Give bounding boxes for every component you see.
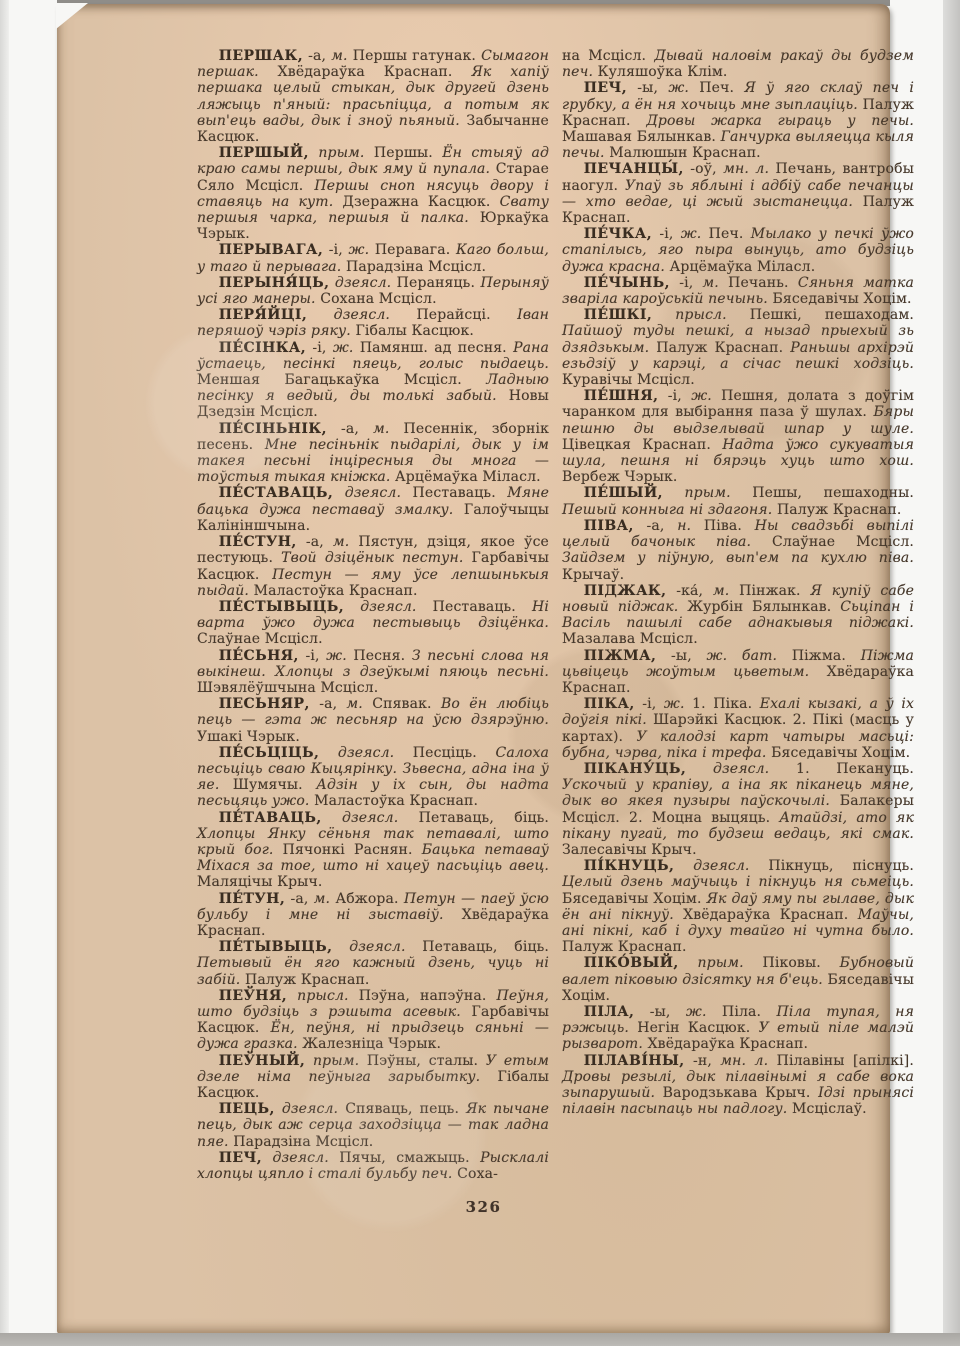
entry-definition-text: Маластоўка Краснап. [249, 583, 418, 599]
entry-example-text: дзеясл. [686, 761, 769, 777]
entry-definition-text: -а, [327, 421, 373, 437]
entry-definition-text: Залесавічы Крыч. [562, 842, 697, 858]
entry-definition-text: 1. Піка. [685, 696, 760, 712]
entry-definition-text: Шумячы. [219, 777, 316, 793]
dictionary-entry: ПЕЦЬ, дзеясл. Спяваць, пець. Як пычане п… [197, 1101, 549, 1150]
entry-example-text: дзеясл. [332, 939, 405, 955]
scan-left-margin [0, 0, 9, 1346]
entry-headword: ПЕЎНЫЙ, [219, 1053, 306, 1069]
entry-headword: ПЕ́ТАВАЦЬ, [219, 810, 322, 826]
entry-definition-text: Слаўнае Мсцісл. [197, 631, 323, 647]
entry-headword: ПЕ́СІНКА, [219, 340, 306, 356]
entry-definition-text: Перавага. [369, 242, 456, 258]
entry-definition-text: -ы, [634, 1004, 686, 1020]
entry-example-text: м. [373, 421, 389, 437]
entry-definition-text: Пешкі, пешаходам. [727, 307, 914, 323]
text-column-right: на Мсцісл. Дывай наловім ракаў ды будзем… [562, 48, 914, 1117]
entry-definition-text: Сохана Мсцісл. [316, 291, 437, 307]
entry-headword: ПІКО́ВЫЙ, [584, 955, 679, 971]
entry-definition-text: 1. Пекануць. [769, 761, 914, 777]
entry-headword: ПЕ́ШНЯ, [584, 388, 659, 404]
entry-definition-text: Пілавіны [апілкі]. [768, 1053, 914, 1069]
dictionary-entry: ПЕ́ЧЫНЬ, -і, м. Печань. Сяньня матка зва… [562, 275, 914, 307]
entry-definition-text: Петаваць, біць. [406, 939, 549, 955]
entry-example-text: ж. [349, 242, 370, 258]
entry-definition-text: Абжора. [330, 891, 404, 907]
entry-definition-text: Мсціслаў. [787, 1101, 866, 1117]
entry-definition-text: Слаўнае Мсцісл. [751, 534, 914, 550]
entry-definition-text: -ка́, [666, 583, 713, 599]
entry-headword: ПЕ́СЬЦІЦЬ, [219, 745, 320, 761]
entry-headword: ПІВА, [584, 518, 634, 534]
entry-example-text: прым. [305, 1053, 359, 1069]
entry-example-text: ж. [664, 696, 685, 712]
dictionary-entry: ПЕ́СЬЦІЦЬ, дзеясл. Песціць. Салоха песьц… [197, 745, 549, 810]
text-column-left: ПЕРШАК, -а, м. Першы гатунак. Сымагон пе… [197, 48, 549, 1182]
entry-definition-text: Журбін Бялынкав. [678, 599, 840, 615]
entry-definition-text: Бяседавічы Хоцім. [767, 745, 911, 761]
entry-definition-text: Печ. [689, 80, 744, 96]
entry-example-text: прысл. [652, 307, 727, 323]
entry-example-text: дзеясл. [262, 1150, 329, 1166]
entry-example-text: дзеясл. [275, 1101, 338, 1117]
dictionary-entry: ПІЛА, -ы, ж. Піла. Піла тупая, ня рэжыць… [562, 1004, 914, 1053]
entry-definition-text: -і, [306, 340, 333, 356]
entry-example-text: дзеясл. [674, 858, 749, 874]
entry-definition-text: -і, [323, 242, 348, 258]
entry-definition-text: Парадзіна Мсцісл. [229, 1134, 374, 1150]
entry-headword: ПІ́КНУЦЬ, [584, 858, 675, 874]
entry-definition-text: Перайсці. [390, 307, 517, 323]
entry-headword: ПІКАНУ́ЦЬ, [584, 761, 687, 777]
entry-example-text: Твой дзіцёнык пестун. [281, 550, 463, 566]
scan-bottom-edge [0, 1333, 960, 1346]
dictionary-entry: ПЕ́СІНЬНІК, -а, м. Песеннік, зборнік пес… [197, 421, 549, 486]
entry-headword: ПЕ́СІНЬНІК, [219, 421, 327, 437]
entry-definition-text: Ушакі Чэрык. [197, 729, 300, 745]
entry-headword: ПЕРШЫЙ, [219, 145, 309, 161]
dictionary-entry: ПЕ́СІНКА, -і, ж. Памянш. ад песня. Рана … [197, 340, 549, 421]
entry-example-text: м. [331, 48, 347, 64]
entry-definition-text: Арцёмаўка Міласл. [390, 469, 540, 485]
entry-example-text: ж. [681, 226, 702, 242]
dictionary-entry: ПЕЧ, дзеясл. Пячы, смажыць. Рысклалі хло… [197, 1150, 549, 1182]
entry-definition-text: Піва. [691, 518, 755, 534]
dictionary-entry: ПЕЧ, -ы, ж. Печ. Я ў яго склаў печ і гру… [562, 80, 914, 161]
entry-headword: ПЕ́СТАВАЦЬ, [219, 485, 334, 501]
entry-example-text: м. [314, 891, 330, 907]
entry-definition-text: Вародзькава Крыч. [655, 1085, 818, 1101]
entry-example-text: мн. л. [723, 161, 769, 177]
page-number: 326 [125, 1198, 842, 1216]
entry-definition-text: Палуж Краснап. [240, 972, 369, 988]
dictionary-entry: ПЕРШЫЙ, прым. Першы. Ён стыяў ад краю са… [197, 145, 549, 242]
dictionary-entry: ПЕ́СТУН, -а, м. Пястун, дзіця, якое ўсе … [197, 534, 549, 599]
dictionary-entry: ПЕ́СТЫВЫЦЬ, дзеясл. Пеставаць. Ні варта … [197, 599, 549, 648]
entry-headword: ПЕСЬНЯР, [219, 696, 310, 712]
entry-headword: ПІЖМА, [584, 648, 657, 664]
entry-example-text: м. [347, 696, 363, 712]
entry-headword: ПЕЦЬ, [219, 1101, 275, 1117]
entry-definition-text: Куравічы Мсцісл. [562, 372, 695, 388]
entry-definition-text: -ы, [656, 648, 706, 664]
entry-headword: ПЕ́ШКІ, [584, 307, 653, 323]
dictionary-entry: ПЕЎНЫЙ, прым. Пэўны, сталы. У етым дзеле… [197, 1053, 549, 1102]
entry-definition-text: Гібалы Касцюк. [351, 323, 474, 339]
entry-definition-text: Песня. [347, 648, 412, 664]
entry-definition-text: Мазалава Мсцісл. [562, 631, 698, 647]
entry-example-text: Зайдзем у піўную, вып'ем па кухлю піва. [562, 550, 914, 566]
entry-headword: ПІДЖАК, [584, 583, 667, 599]
entry-headword: ПЕ́СЬНЯ, [219, 648, 299, 664]
entry-definition-text: -ы, [627, 80, 668, 96]
dictionary-entry: ПІ́КНУЦЬ, дзеясл. Пікнуць, піснуць. Целы… [562, 858, 914, 955]
entry-example-text: н. [677, 518, 691, 534]
entry-definition-text: Маластоўка Краснап. [310, 793, 479, 809]
dictionary-entry: ПЕ́ТУН, -а, м. Абжора. Петун — паеў ўсю … [197, 891, 549, 940]
entry-example-text: м. [713, 583, 729, 599]
dictionary-entry: ПЕ́СЬНЯ, -і, ж. Песня. З песьні слова ня… [197, 648, 549, 697]
entry-definition-text: -оў, [684, 161, 723, 177]
dictionary-entry: ПЕРЯ́ЙЦІ, дзеясл. Перайсці. Іван перяшоў… [197, 307, 549, 339]
entry-definition-text: Пінжак. [729, 583, 810, 599]
dictionary-entry: ПЕ́ШКІ, прысл. Пешкі, пешаходам. Пайшоў … [562, 307, 914, 388]
entry-definition-text: Малюшын Краснап. [605, 145, 761, 161]
entry-continuation: на Мсцісл. Дывай наловім ракаў ды будзем… [562, 48, 914, 80]
entry-headword: ПЕ́ЧЫНЬ, [584, 275, 670, 291]
entry-example-text: дзеясл. [333, 485, 401, 501]
entry-headword: ПЕРЫВАГА, [219, 242, 323, 258]
entry-definition-text: -а, [297, 534, 333, 550]
entry-definition-text: Пэўна, напэўна. [349, 988, 497, 1004]
dictionary-entry: ПЕРШАК, -а, м. Першы гатунак. Сымагон пе… [197, 48, 549, 145]
scan-right-margin [943, 0, 960, 1346]
dictionary-entry: ПЕ́ТЫВЫЦЬ, дзеясл. Петаваць, біць. Петыв… [197, 939, 549, 988]
entry-example-text: ж. [326, 648, 347, 664]
entry-definition-text: Шэвялёўшчына Мсцісл. [197, 680, 378, 696]
dictionary-entry: ПІКО́ВЫЙ, прым. Піковы. Бубновый валет п… [562, 955, 914, 1004]
entry-definition-text: Палуж Краснап. [562, 939, 687, 955]
entry-definition-text: Бяседавічы Хоцім. [768, 291, 912, 307]
entry-definition-text: Петаваць, біць. [398, 810, 549, 826]
dictionary-entry: ПІКАНУ́ЦЬ, дзеясл. 1. Пекануць. Ускочый … [562, 761, 914, 858]
entry-definition-text: Палуж Краснап. [772, 502, 901, 518]
entry-definition-text: Пячы, смажыць. [329, 1150, 480, 1166]
entry-definition-text: -і, [299, 648, 326, 664]
entry-example-text: прым. [309, 145, 365, 161]
entry-headword: ПЕ́ТУН, [219, 891, 285, 907]
entry-definition-text: Піковы. [744, 955, 840, 971]
entry-headword: ПЕЧАНЦЫ́, [584, 161, 684, 177]
dictionary-entry: ПІДЖАК, -ка́, м. Пінжак. Я купіў сабе но… [562, 583, 914, 648]
entry-definition-text: Хвёдараўка Краснап. [643, 1036, 808, 1052]
entry-example-text: Целый дзень маўчыць і пікнуць ня сьмеіць… [562, 874, 914, 890]
entry-definition-text: Арцёмаўка Міласл. [665, 259, 815, 275]
entry-headword: ПЕ́СТУН, [219, 534, 297, 550]
entry-example-text: Пешый конныга ні здагоня. [562, 502, 772, 518]
entry-definition-text: Спявак. [363, 696, 441, 712]
entry-definition-text: Куляшоўка Клім. [593, 64, 727, 80]
entry-headword: ПЕЎНЯ, [219, 988, 287, 1004]
entry-definition-text: Пераняць. [391, 275, 480, 291]
entry-definition-text: Маляцічы Крыч. [197, 874, 322, 890]
entry-example-text: прысл. [287, 988, 349, 1004]
entry-definition-text: Хвёдараўка Краснап. [259, 64, 472, 80]
dictionary-entry: ПЕРЫВАГА, -і, ж. Перавага. Каго больш, у… [197, 242, 549, 274]
entry-headword: ПЕРЫНЯ́ЦЬ, [219, 275, 330, 291]
entry-definition-text: Першы гатунак. [348, 48, 482, 64]
entry-definition-text: на Мсцісл. [562, 48, 654, 64]
entry-example-text: дзеясл. [319, 745, 394, 761]
entry-example-text: мн. л. [720, 1053, 768, 1069]
entry-example-text: ж. бат. [707, 648, 778, 664]
entry-definition-text: Крычаў. [562, 567, 624, 583]
entry-example-text: дзеясл. [344, 599, 416, 615]
entry-definition-text: Меншая Багацькаўка Мсцісл. [197, 372, 486, 388]
entry-definition-text: Пікнуць, піснуць. [750, 858, 914, 874]
entry-definition-text: Печань. [719, 275, 798, 291]
dictionary-entry: ПЕ́ТАВАЦЬ, дзеясл. Петаваць, біць. Хлопц… [197, 810, 549, 891]
entry-definition-text: Пешы, пешаходны. [731, 485, 914, 501]
entry-example-text: прым. [679, 955, 744, 971]
entry-definition-text: Бяседавічы Хоцім. [562, 891, 707, 907]
entry-example-text: Дровы жарка гыраць у печы. [646, 113, 914, 129]
entry-example-text: дзеясл. [322, 810, 399, 826]
dictionary-entry: ПІКА, -і, ж. 1. Піка. Ехалі кызакі, а ў … [562, 696, 914, 761]
entry-definition-text: Першы. [365, 145, 443, 161]
entry-headword: ПЕРЯ́ЙЦІ, [219, 307, 308, 323]
entry-definition-text: Вербеж Чэрык. [562, 469, 678, 485]
entry-definition-text: -і, [658, 388, 691, 404]
dictionary-entry: ПЕ́ЧКА, -і, ж. Печ. Мылако у печкі ўжо с… [562, 226, 914, 275]
entry-definition-text: Піжма. [777, 648, 861, 664]
entry-example-text: дзеясл. [330, 275, 392, 291]
entry-headword: ПЕРШАК, [219, 48, 303, 64]
entry-definition-text: Дзеражна Касцюк. [333, 194, 499, 210]
entry-definition-text: Соха- [453, 1166, 498, 1182]
entry-headword: ПЕ́ШЫЙ, [584, 485, 663, 501]
entry-example-text: дзеясл. [307, 307, 390, 323]
dictionary-entry: ПІЛАВІ́НЫ, -н, мн. л. Пілавіны [апілкі].… [562, 1053, 914, 1118]
entry-definition-text: Палуж Краснап. [649, 340, 790, 356]
dictionary-entry: ПЕ́ШЫЙ, прым. Пешы, пешаходны. Пешый кон… [562, 485, 914, 517]
entry-definition-text: Пеставаць. [417, 599, 532, 615]
entry-definition-text: Пэўны, сталы. [359, 1053, 486, 1069]
dictionary-entry: ПЕЧАНЦЫ́, -оў, мн. л. Печань, вантробы н… [562, 161, 914, 226]
entry-definition-text: -а, [310, 696, 347, 712]
entry-definition-text: Піла. [707, 1004, 777, 1020]
entry-definition-text: -і, [670, 275, 703, 291]
entry-definition-text: -і, [652, 226, 681, 242]
dictionary-entry: ПІЖМА, -ы, ж. бат. Піжма. Піжма цьвіцець… [562, 648, 914, 697]
entry-definition-text: Печ. [701, 226, 750, 242]
entry-example-text: ж. [668, 80, 689, 96]
entry-definition-text: Пячонкі Раснян. [274, 842, 422, 858]
dictionary-entry: ПЕРЫНЯ́ЦЬ, дзеясл. Пераняць. Перыняў усі… [197, 275, 549, 307]
entry-definition-text: Негін Касцюк. [629, 1020, 759, 1036]
entry-definition-text: -і, [635, 696, 664, 712]
dictionary-entry: ПЕ́ШНЯ, -і, ж. Пешня, долата з доўгім ча… [562, 388, 914, 485]
entry-headword: ПЕ́СТЫВЫЦЬ, [219, 599, 344, 615]
entry-headword: ПІЛА, [584, 1004, 635, 1020]
entry-definition-text: Цівецкая Краснап. [562, 437, 722, 453]
entry-definition-text: Жалезніца Чэрык. [298, 1036, 441, 1052]
entry-definition-text: -н, [685, 1053, 721, 1069]
entry-headword: ПІЛАВІ́НЫ, [584, 1053, 685, 1069]
dictionary-entry: ПЕСЬНЯР, -а, м. Спявак. Во ён любіць пец… [197, 696, 549, 745]
entry-definition-text: Парадзіна Мсцісл. [341, 259, 486, 275]
dictionary-entry: ПЕ́СТАВАЦЬ, дзеясл. Пеставаць. Мяне баць… [197, 485, 549, 534]
entry-example-text: ж. [333, 340, 354, 356]
entry-definition-text: -а, [303, 48, 331, 64]
entry-headword: ПІКА, [584, 696, 635, 712]
entry-headword: ПЕЧ, [584, 80, 627, 96]
entry-definition-text: -а, [634, 518, 677, 534]
dictionary-entry: ПІВА, -а, н. Піва. Ны свадзьбі выпілі це… [562, 518, 914, 583]
entry-example-text: м. [333, 534, 349, 550]
book-page: ПЕРШАК, -а, м. Першы гатунак. Сымагон пе… [57, 4, 890, 1334]
entry-definition-text: Песціць. [394, 745, 495, 761]
entry-definition-text: -а, [285, 891, 314, 907]
entry-definition-text: Пеставаць. [401, 485, 507, 501]
entry-definition-text: Памянш. ад песня. [354, 340, 514, 356]
entry-example-text: прым. [663, 485, 731, 501]
entry-example-text: м. [703, 275, 719, 291]
entry-example-text: ж. [686, 1004, 707, 1020]
entry-headword: ПЕ́ЧКА, [584, 226, 652, 242]
entry-headword: ПЕЧ, [219, 1150, 262, 1166]
entry-definition-text: Спяваць, пець. [338, 1101, 466, 1117]
entry-example-text: ж. [691, 388, 712, 404]
dictionary-entry: ПЕЎНЯ, прысл. Пэўна, напэўна. Пеўня, што… [197, 988, 549, 1053]
entry-definition-text: Хвёдараўка Краснап. [674, 907, 858, 923]
entry-headword: ПЕ́ТЫВЫЦЬ, [219, 939, 333, 955]
entry-definition-text: Машавая Бялынкав. [562, 129, 721, 145]
